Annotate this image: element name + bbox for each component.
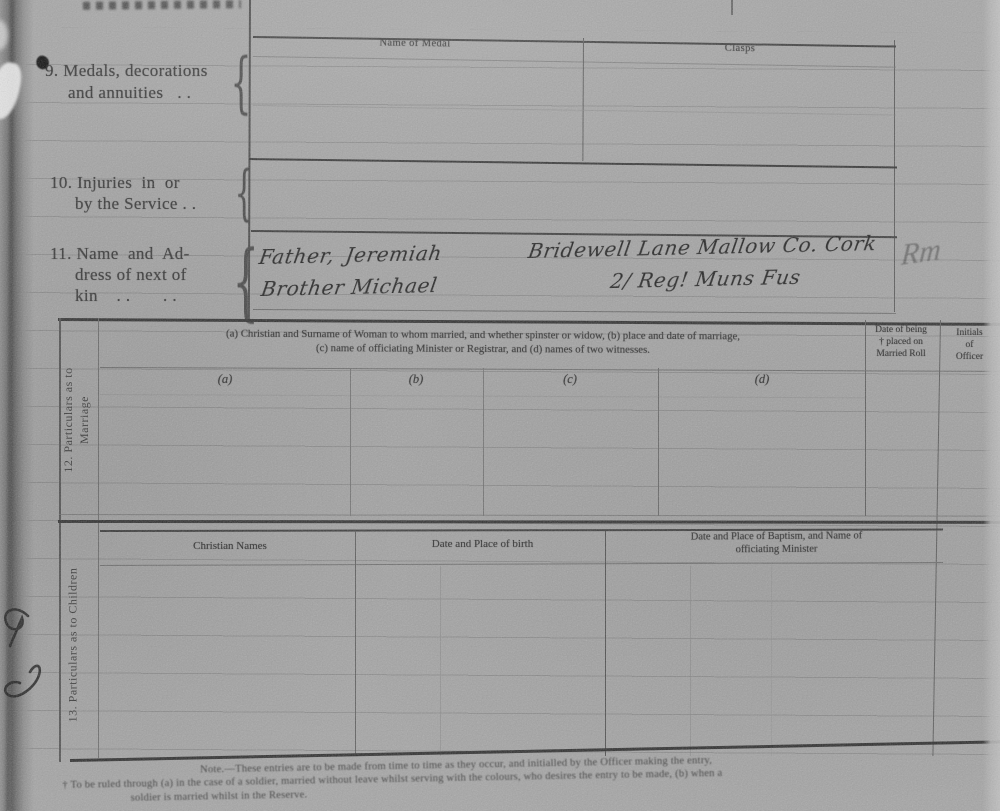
section-9-brace: { xyxy=(231,44,252,121)
column-letter-a: (a) xyxy=(175,372,275,387)
section-9-label-line2: and annuities . . xyxy=(68,82,191,103)
section-11-label-line2: dress of next of xyxy=(75,264,187,285)
scanned-service-record-page: Name of Medal Clasps 9. Medals, decorati… xyxy=(0,0,1000,811)
baptism-column-header: Date and Place of Baptism, and Name of o… xyxy=(610,530,943,557)
married-roll-line1: Date of being xyxy=(864,325,938,337)
right-page-edge xyxy=(983,0,1000,811)
kin-relation: Father, xyxy=(257,244,336,270)
christian-names-column-header: Christian Names xyxy=(105,540,355,552)
marriage-header: (a) Christian and Surname of Woman to wh… xyxy=(105,326,861,358)
kin-name: Michael xyxy=(350,273,439,299)
baptism-header-line2: officiating Minister xyxy=(610,542,943,557)
rule-col-b-c xyxy=(483,368,484,516)
section-9-label-line1: 9. Medals, decorations xyxy=(45,60,208,81)
rule-sidelabel-column xyxy=(98,318,99,758)
married-roll-line2: † placed on xyxy=(864,337,938,349)
column-letter-b: (b) xyxy=(366,372,466,387)
rule-children-col1-sub xyxy=(440,566,441,756)
margin-scribble xyxy=(0,602,48,732)
section-12-side-label-line1: 12. Particulars as to xyxy=(60,320,76,520)
cut-off-text-fragment xyxy=(83,0,241,10)
married-roll-line3: Married Roll xyxy=(864,349,938,361)
section-10-brace: { xyxy=(235,158,254,228)
kin-detail: 2/ Reg! Muns Fus xyxy=(609,265,803,293)
rule-col-c-d xyxy=(658,368,659,516)
birth-column-header: Date and Place of birth xyxy=(360,538,605,550)
rule-children-col1 xyxy=(355,531,356,756)
column-letter-c: (c) xyxy=(520,372,620,387)
kin-relation: Brother xyxy=(259,275,346,301)
rule-top-stub xyxy=(731,0,733,15)
rule-col-a-b xyxy=(350,368,351,516)
kin-name: Jeremiah xyxy=(344,241,444,267)
section-11-brace: { xyxy=(232,232,259,330)
married-roll-column-header: Date of being † placed on Married Roll xyxy=(864,325,938,360)
rule-children-col2-sub xyxy=(690,566,691,756)
section-11-label-line3: kin . . . . xyxy=(75,285,177,306)
ledger-ruling-lines xyxy=(0,27,1000,773)
column-letter-d: (d) xyxy=(712,372,812,387)
rule-children-col3-sub xyxy=(771,566,772,756)
section-10-label-line1: 10. Injuries in or xyxy=(50,172,180,193)
section-13-side-label: 13. Particulars as to Children xyxy=(66,528,84,763)
section-12-side-label: 12. Particulars as to Marriage xyxy=(60,320,96,520)
section-11-label-line1: 11. Name and Ad- xyxy=(50,243,190,264)
rule-children-col2 xyxy=(605,531,606,756)
pencil-initials-mark: Rm xyxy=(900,233,942,273)
section-12-side-label-line2: Marriage xyxy=(76,320,92,520)
section-10-label-line2: by the Service . . xyxy=(75,193,196,214)
